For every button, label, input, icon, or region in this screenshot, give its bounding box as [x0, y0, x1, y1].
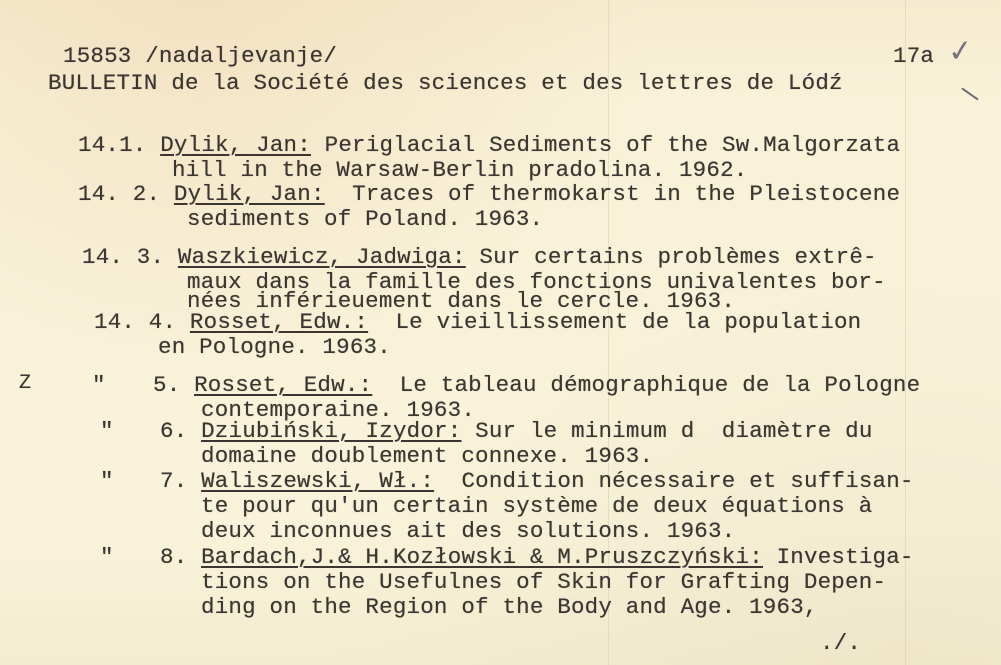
entry-author: Dylik, Jan: — [174, 181, 325, 207]
entry-title: Sur le minimum d diamètre du — [475, 418, 872, 444]
entry-number: 14. 3. — [82, 244, 164, 270]
entry-title: Periglacial Sediments of the Sw.Malgorza… — [325, 132, 901, 158]
entry-line: 6. Dziubiński, Izydor: Sur le minimum d … — [160, 420, 873, 443]
entry-title-continued: sediments of Poland. 1963. — [187, 208, 543, 231]
continuation-mark: ./. — [820, 632, 861, 655]
margin-mark: Z — [19, 374, 31, 394]
checkmark-icon: ✓ — [946, 33, 975, 70]
entry-line: 14. 3. Waszkiewicz, Jadwiga: Sur certain… — [82, 246, 877, 269]
entry-title: Condition nécessaire et suffisan- — [461, 468, 913, 494]
entry-author: Waszkiewicz, Jadwiga: — [178, 244, 466, 270]
entry-number: 8. — [160, 544, 187, 570]
ditto-mark: " — [100, 470, 114, 493]
entry-number: 5. — [153, 372, 180, 398]
entry-author: Waliszewski, Wł.: — [201, 468, 434, 494]
entry-number: 6. — [160, 418, 187, 444]
entry-number: 7. — [160, 468, 187, 494]
entry-title: Traces of thermokarst in the Pleistocene — [352, 181, 900, 207]
entry-author: Dylik, Jan: — [160, 132, 311, 158]
entry-title: Investiga- — [777, 544, 914, 570]
catalog-card: 15853 /nadaljevanje/ 17a ✓ BULLETIN de l… — [0, 0, 1001, 665]
entry-line: 14. 2. Dylik, Jan: Traces of thermokarst… — [78, 183, 900, 206]
serial-title: BULLETIN de la Société des sciences et d… — [48, 72, 843, 95]
ditto-mark: " — [100, 420, 114, 443]
entry-title-continued: hill in the Warsaw-Berlin pradolina. 196… — [172, 159, 748, 182]
entry-line: 14.1. Dylik, Jan: Periglacial Sediments … — [78, 134, 900, 157]
entry-author: Rosset, Edw.: — [190, 309, 368, 335]
entry-author: Rosset, Edw.: — [194, 372, 372, 398]
entry-title: Le tableau démographique de la Pologne — [400, 372, 921, 398]
entry-title-continued: deux inconnues ait des solutions. 1963. — [201, 520, 735, 543]
ditto-mark: " — [100, 546, 114, 569]
entry-number: 14.1. — [78, 132, 147, 158]
entry-title-continued: en Pologne. 1963. — [158, 336, 391, 359]
entry-title-continued: ding on the Region of the Body and Age. … — [201, 596, 818, 619]
entry-title: Le vieillissement de la population — [395, 309, 861, 335]
entry-title-continued: te pour qu'un certain système de deux éq… — [201, 495, 872, 518]
entry-title: Sur certains problèmes extrê- — [479, 244, 876, 270]
entry-author: Bardach,J.& H.Kozłowski & M.Pruszczyński… — [201, 544, 763, 570]
entry-author: Dziubiński, Izydor: — [201, 418, 461, 444]
pencil-tick-mark — [961, 87, 979, 100]
entry-line: 14. 4. Rosset, Edw.: Le vieillissement d… — [94, 311, 861, 334]
entry-line: 7. Waliszewski, Wł.: Condition nécessair… — [160, 470, 914, 493]
entry-number: 14. 2. — [78, 181, 160, 207]
entry-line: 8. Bardach,J.& H.Kozłowski & M.Pruszczyń… — [160, 546, 914, 569]
entry-number: 14. 4. — [94, 309, 176, 335]
entry-title-continued: domaine doublement connexe. 1963. — [201, 445, 653, 468]
entry-title-continued: tions on the Usefulnes of Skin for Graft… — [201, 571, 886, 594]
card-number: 17a — [893, 45, 934, 68]
ditto-mark: " — [92, 374, 106, 397]
entry-line: 5. Rosset, Edw.: Le tableau démographiqu… — [153, 374, 920, 397]
accession-number: 15853 /nadaljevanje/ — [63, 45, 337, 68]
